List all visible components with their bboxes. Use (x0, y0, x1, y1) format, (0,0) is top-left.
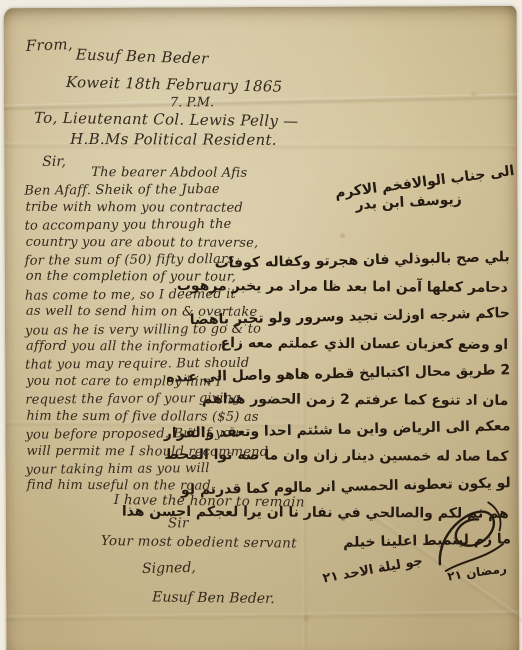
arabic-line: حاكم شرجه اوزلت تجيد وسرور ولو تخبر باهض… (312, 300, 511, 333)
arabic-line: دحامر كعلها آمن اما بعد ظا مراد مر يخبر … (310, 273, 508, 302)
arabic-line: معكم الى الرياض واين ما شئتم احدا وتعقد … (312, 412, 511, 445)
body-line: Ben Afaff. Sheik of the Jubae (24, 181, 314, 201)
arabic-date-line: جو ليلة الاحد ٢١ (321, 554, 423, 587)
body-line: to accompany you through the (24, 215, 314, 235)
from-label: From, (25, 35, 73, 55)
time-line: 7. P.M. (170, 95, 214, 110)
body-line: tribe with whom you contracted (25, 199, 315, 218)
to-line-2: H.B.Ms Political Resident. (70, 130, 277, 149)
scanned-letter: From, Eusuf Ben Beder Koweit 18th Februa… (0, 0, 522, 650)
arabic-line: مان اد تنوع كما عرفتم 2 زمن الحضور هداهم (310, 386, 508, 415)
from-name: Eusuf Ben Beder (76, 45, 209, 67)
arabic-line: او وضع كعزبان عسان الذي عملتم معه زاع (310, 329, 508, 358)
signed-label: Signed, (142, 560, 196, 577)
arabic-line: كما صاد له خمسين دينار زان وان ما صه توا… (310, 442, 508, 471)
arabic-line: 2 طريق محال اكتباليخ قطره هاهو واصل الي … (312, 356, 511, 389)
arabic-line: بلي صح بالبوذلي فان هجرتو وكفاله كوفات (311, 243, 510, 276)
paper-crease (6, 611, 519, 623)
to-line: To, Lieutenant Col. Lewis Pelly — (34, 109, 299, 130)
place-date-line: Koweit 18th February 1865 (66, 73, 283, 96)
signature: Eusuf Ben Beder. (152, 589, 275, 607)
closing-servant-line: Your most obedient servant (101, 533, 297, 552)
letter-paper: From, Eusuf Ben Beder Koweit 18th Februa… (4, 6, 520, 650)
